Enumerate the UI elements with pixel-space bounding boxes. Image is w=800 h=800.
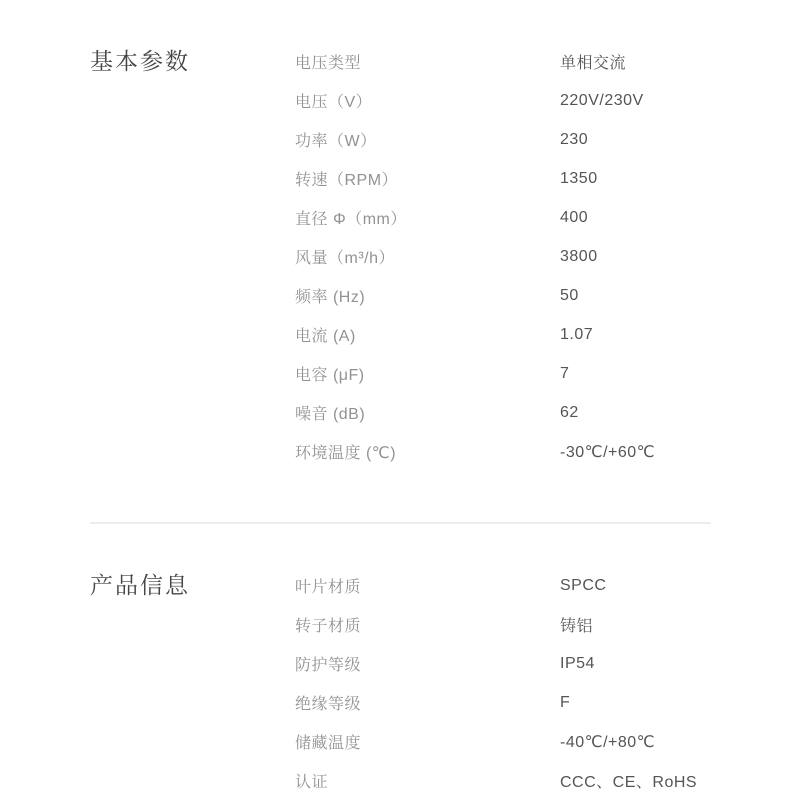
spec-value: 单相交流: [560, 50, 760, 73]
spec-row: 电压（V）220V/230V: [295, 81, 760, 120]
spec-row: 电流 (A)1.07: [295, 315, 760, 354]
spec-label: 频率 (Hz): [295, 284, 560, 307]
section-divider: [90, 522, 711, 524]
spec-label: 电压类型: [295, 50, 560, 73]
spec-row: 叶片材质SPCC: [295, 566, 760, 605]
spec-row: 转速（RPM）1350: [295, 159, 760, 198]
spec-value: 62: [560, 404, 760, 422]
spec-value: F: [560, 694, 760, 712]
spec-value: 1350: [560, 170, 760, 188]
spec-label: 电流 (A): [295, 323, 560, 346]
product-spec-page: 基本参数 电压类型单相交流电压（V）220V/230V功率（W）230转速（RP…: [0, 0, 800, 800]
spec-value: CCC、CE、RoHS: [560, 769, 760, 792]
spec-label: 环境温度 (℃): [295, 440, 560, 463]
spec-value: -30℃/+60℃: [560, 442, 760, 462]
section-product-info: 产品信息 叶片材质SPCC转子材质铸铝防护等级IP54绝缘等级F储藏温度-40℃…: [90, 566, 760, 800]
spec-rows-basic-params: 电压类型单相交流电压（V）220V/230V功率（W）230转速（RPM）135…: [295, 42, 760, 471]
spec-label: 直径 Φ（mm）: [295, 206, 560, 229]
spec-label: 认证: [295, 769, 560, 792]
spec-label: 防护等级: [295, 652, 560, 675]
spec-label: 功率（W）: [295, 128, 560, 151]
spec-label: 储藏温度: [295, 730, 560, 753]
spec-row: 电容 (μF)7: [295, 354, 760, 393]
spec-label: 绝缘等级: [295, 691, 560, 714]
spec-value: 50: [560, 287, 760, 305]
spec-value: 230: [560, 131, 760, 149]
spec-row: 绝缘等级F: [295, 683, 760, 722]
spec-value: -40℃/+80℃: [560, 732, 760, 752]
spec-row: 电压类型单相交流: [295, 42, 760, 81]
spec-rows-product-info: 叶片材质SPCC转子材质铸铝防护等级IP54绝缘等级F储藏温度-40℃/+80℃…: [295, 566, 760, 800]
spec-label: 风量（m³/h）: [295, 245, 560, 268]
spec-row: 认证CCC、CE、RoHS: [295, 761, 760, 800]
spec-label: 电容 (μF): [295, 362, 560, 385]
spec-row: 转子材质铸铝: [295, 605, 760, 644]
spec-label: 转子材质: [295, 613, 560, 636]
spec-label: 转速（RPM）: [295, 167, 560, 190]
section-basic-params: 基本参数 电压类型单相交流电压（V）220V/230V功率（W）230转速（RP…: [90, 42, 760, 471]
spec-row: 频率 (Hz)50: [295, 276, 760, 315]
spec-label: 电压（V）: [295, 89, 560, 112]
spec-label: 噪音 (dB): [295, 401, 560, 424]
spec-value: SPCC: [560, 577, 760, 595]
spec-row: 环境温度 (℃)-30℃/+60℃: [295, 432, 760, 471]
spec-row: 功率（W）230: [295, 120, 760, 159]
spec-value: IP54: [560, 655, 760, 673]
spec-row: 直径 Φ（mm）400: [295, 198, 760, 237]
section-title-product-info: 产品信息: [90, 566, 295, 598]
spec-row: 防护等级IP54: [295, 644, 760, 683]
spec-row: 风量（m³/h）3800: [295, 237, 760, 276]
spec-value: 400: [560, 209, 760, 227]
spec-value: 7: [560, 365, 760, 383]
spec-value: 3800: [560, 248, 760, 266]
spec-value: 220V/230V: [560, 92, 760, 110]
spec-row: 噪音 (dB)62: [295, 393, 760, 432]
spec-row: 储藏温度-40℃/+80℃: [295, 722, 760, 761]
section-title-basic-params: 基本参数: [90, 42, 295, 74]
spec-value: 铸铝: [560, 613, 760, 636]
spec-label: 叶片材质: [295, 574, 560, 597]
spec-value: 1.07: [560, 326, 760, 344]
